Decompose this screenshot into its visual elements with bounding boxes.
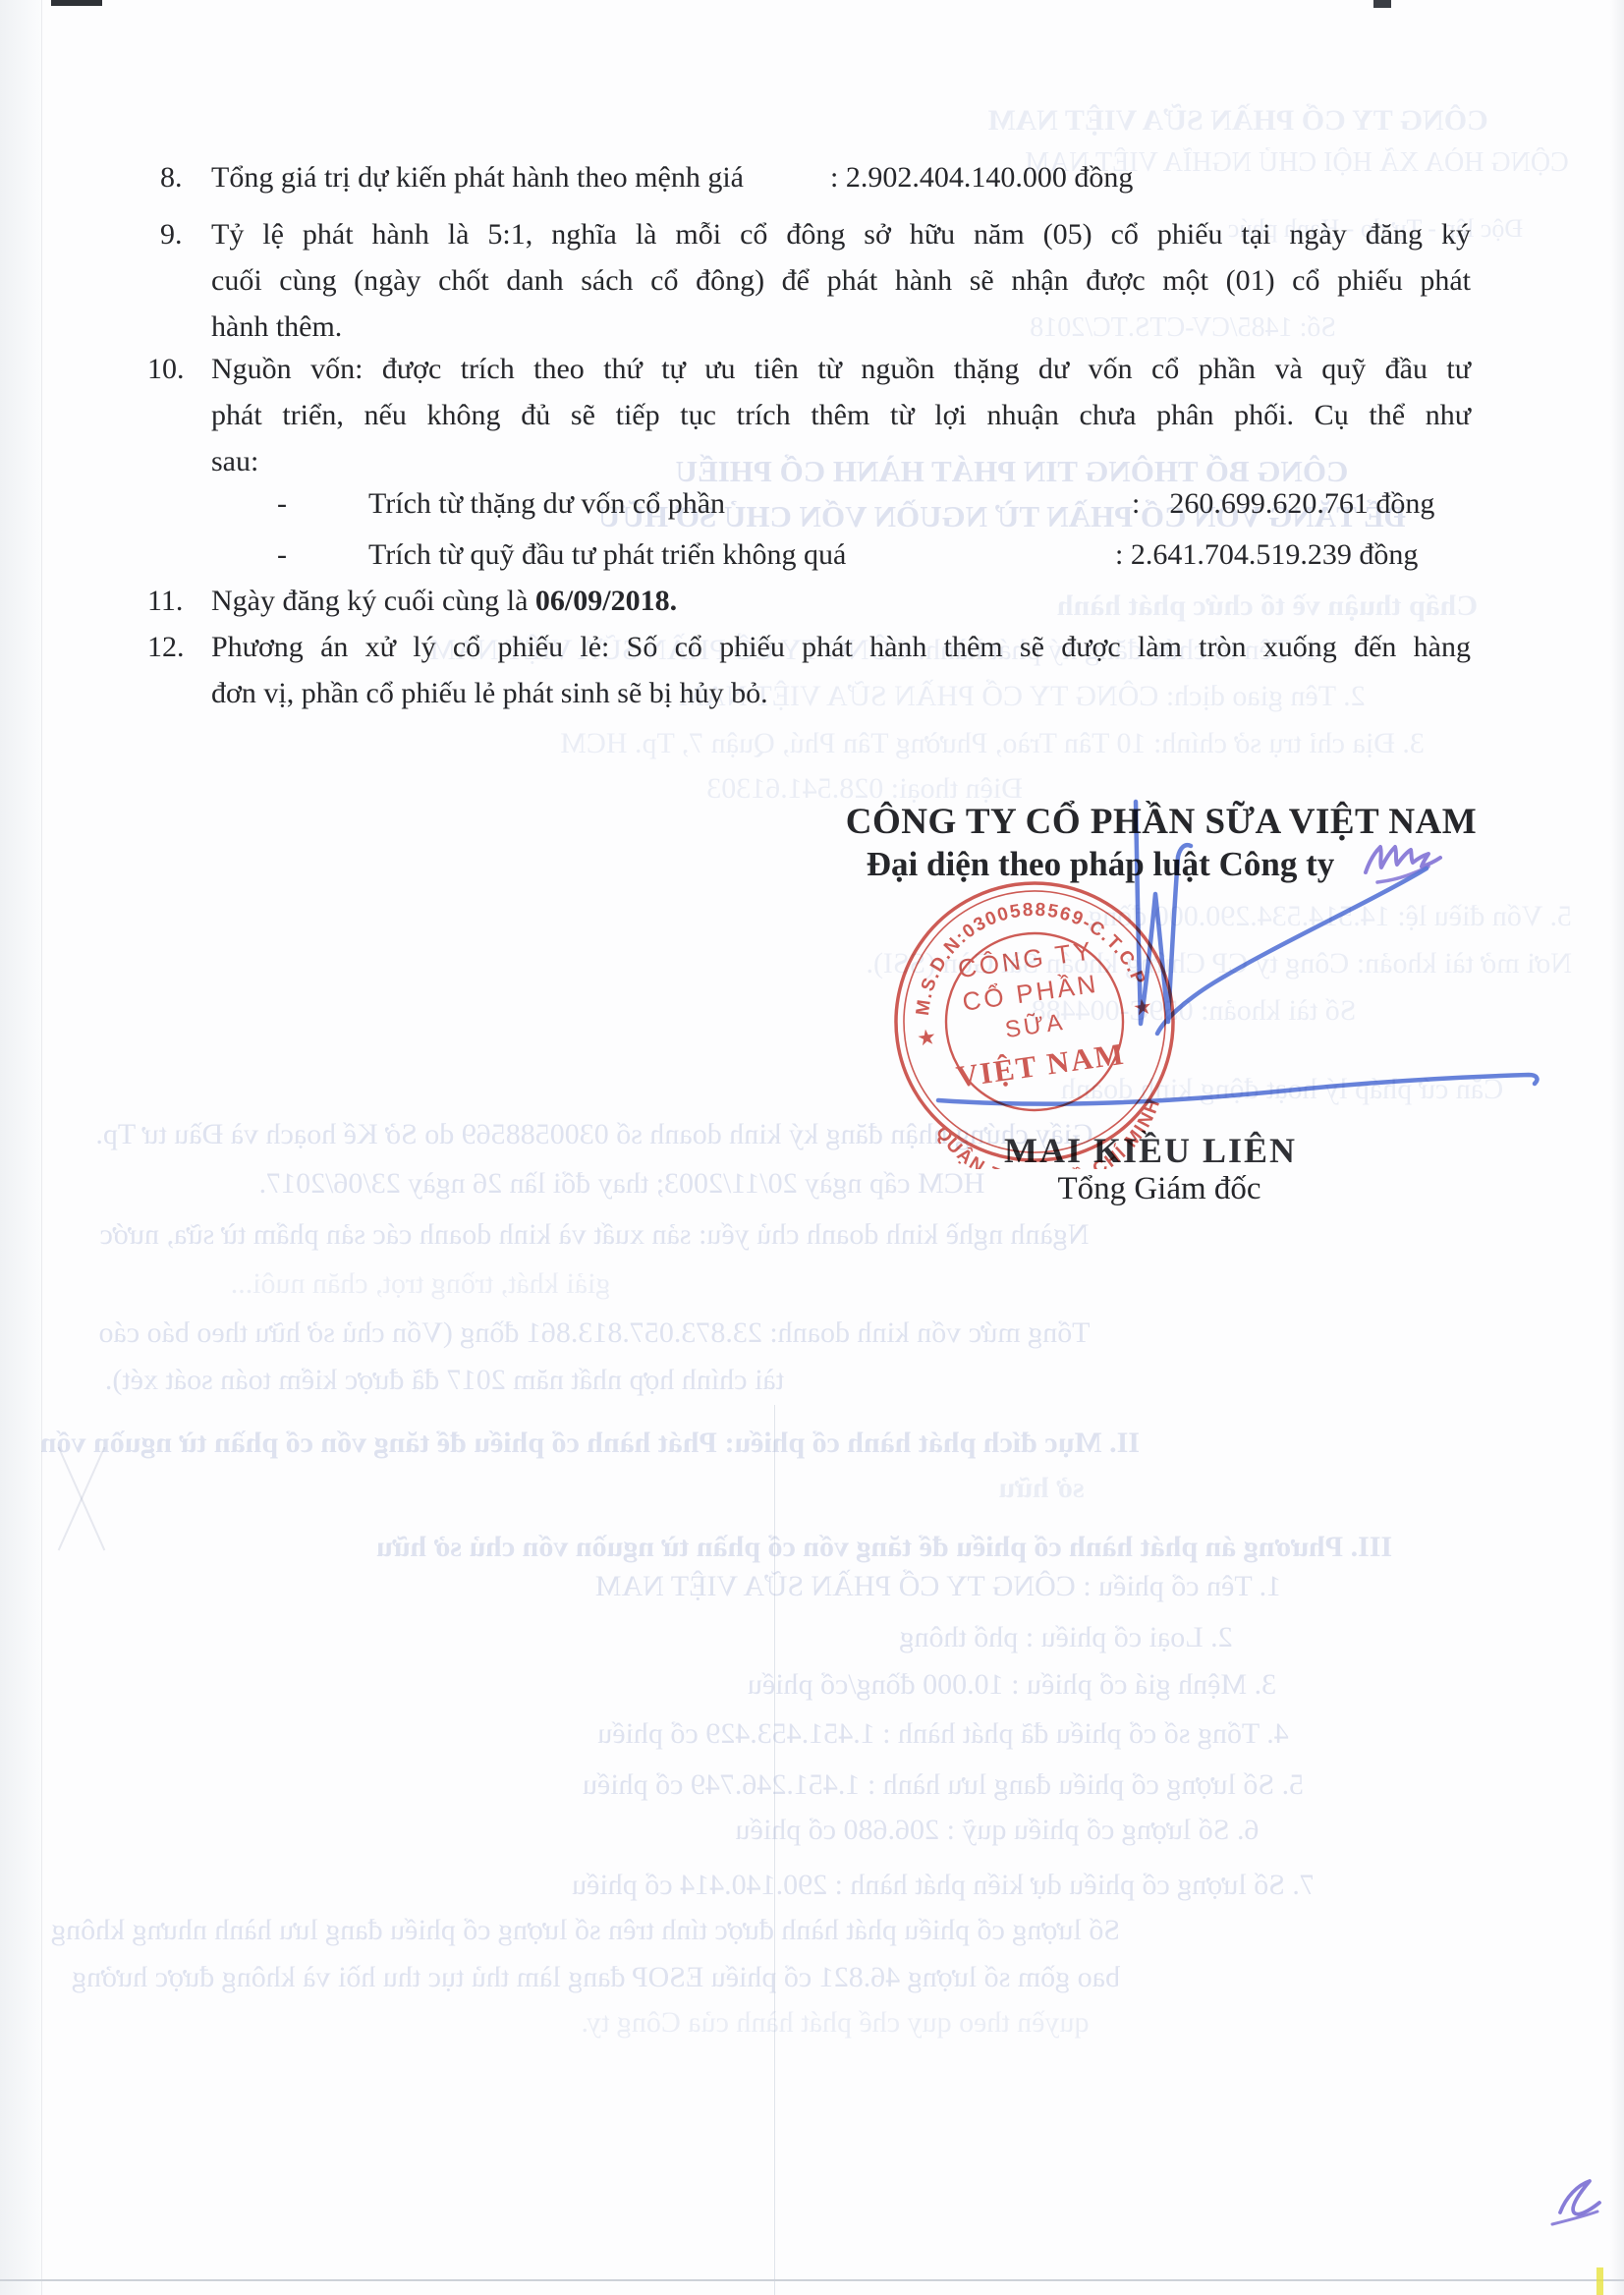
list-item-12: 12. Phương án xử lý cổ phiếu lẻ: Số cổ p… <box>147 624 1471 716</box>
item-10-line-3: sau: <box>211 438 1471 484</box>
sub-item-2-label: Trích từ quỹ đầu tư phát triển không quá <box>368 532 1115 578</box>
bleedthrough-line: Tổng mức vốn kinh doanh: 23.873.057.813.… <box>88 1316 1100 1351</box>
sub-item-2-value: : 2.641.704.519.239 đồng <box>1115 532 1418 578</box>
scan-artifact-yellow-tick <box>1596 2267 1603 2295</box>
item-number: 8. <box>147 154 211 200</box>
item-number: 10. <box>147 346 211 392</box>
scan-artifact-bottom-line <box>0 2279 1624 2281</box>
scan-artifact-top-mark <box>1373 0 1391 8</box>
sub-item-1: - Trích từ thặng dư vốn cổ phần : 260.69… <box>277 480 1535 527</box>
bleedthrough-line: 5. Số lượng cổ phiếu đang lưu hành : 1.4… <box>442 1768 1444 1803</box>
seal-center-line-3: SỮA <box>1003 1008 1067 1043</box>
bleedthrough-line: CÔNG TY CỔ PHẦN SỮA VIỆT NAM <box>904 104 1572 139</box>
scan-artifact-top-left-mark <box>51 0 102 6</box>
initials-squiggle <box>1560 2181 1599 2214</box>
signature-main-curve <box>1157 868 1427 1034</box>
item-9-line-2: cuối cùng (ngày chốt danh sách cổ đông) … <box>211 257 1471 304</box>
list-item-11: 11. Ngày đăng ký cuối cùng là 06/09/2018… <box>147 578 1471 624</box>
dash-bullet: - <box>277 480 368 527</box>
bleedthrough-line: quyền theo quy chế phát hành của Công ty… <box>550 2006 1120 2041</box>
scan-artifact-fold-line <box>774 1405 775 2295</box>
scan-artifact-left-edge <box>0 0 41 2295</box>
scanned-document-page: CÔNG TY CỔ PHẦN SỮA VIỆT NAMCỘNG HÒA XÃ … <box>0 0 1624 2295</box>
bleedthrough-line: Ngành nghề kinh doanh chủ yếu: sản xuất … <box>88 1218 1100 1253</box>
item-10-line-2: phát triển, nếu không đủ sẽ tiếp tục trí… <box>211 392 1471 438</box>
item-8-label: Tổng giá trị dự kiến phát hành theo mệnh… <box>211 154 830 200</box>
bleedthrough-line: II. Mục đích phát hành cổ phiếu: Phát hà… <box>59 1427 1140 1461</box>
bleedthrough-line: tài chính hợp nhất năm 2017 đã được kiểm… <box>145 1364 784 1398</box>
scan-artifact-left-edge-line <box>41 0 42 2295</box>
bleedthrough-line: 3. Địa chỉ trụ sở chính: 10 Tân Trào, Ph… <box>540 727 1444 761</box>
company-seal-stamp: M.S.D.N:0300588569-C.T.C.P QUẬN 7 - T.P … <box>887 874 1182 1169</box>
item-number: 12. <box>147 624 211 670</box>
bleedthrough-line: giải khát, trồng trọt, chăn nuôi... <box>145 1267 696 1302</box>
bleedthrough-line: 2. Loại cổ phiếu : phổ thông <box>688 1621 1444 1655</box>
scan-artifact-right-edge <box>1610 0 1624 2295</box>
bleedthrough-line: 4. Tổng số cổ phiếu đã phát hành : 1.451… <box>442 1717 1444 1752</box>
bleedthrough-line: III. Phương án phát hành cổ phiếu để tăn… <box>324 1531 1444 1565</box>
bleedthrough-line: bao gồm số lượng 46.821 cổ phiếu ESOP đa… <box>79 1961 1120 1995</box>
bleedthrough-line: Số lượng cổ phiếu phát hành được tính tr… <box>79 1914 1120 1948</box>
item-12-line-2: đơn vị, phần cổ phiếu lẻ phát sinh sẽ bị… <box>211 670 1471 716</box>
dash-bullet: - <box>277 532 368 578</box>
bleedthrough-line: 1. Tên cổ phiếu : CÔNG TY CỔ PHẦN SỮA VI… <box>432 1570 1444 1604</box>
initials-underline <box>1552 2211 1597 2224</box>
sub-item-1-label: Trích từ thặng dư vốn cổ phần <box>368 480 1132 527</box>
bleedthrough-line: sở hữu <box>973 1472 1110 1506</box>
sub-item-1-value: : 260.699.620.761 đồng <box>1132 480 1434 527</box>
bleedthrough-line: 6. Số lượng cổ phiếu quỹ : 206.680 cổ ph… <box>550 1814 1444 1848</box>
list-item-9: 9. Tỷ lệ phát hành là 5:1, nghĩa là mỗi … <box>147 211 1471 350</box>
item-9-line-1: Tỷ lệ phát hành là 5:1, nghĩa là mỗi cổ … <box>211 211 1471 257</box>
list-item-8: 8. Tổng giá trị dự kiến phát hành theo m… <box>147 154 1471 200</box>
seal-star-left-icon: ★ <box>916 1024 938 1051</box>
bleedthrough-line: 3. Mệnh giá cổ phiếu : 10.000 đồng/cổ ph… <box>580 1668 1444 1703</box>
item-number: 9. <box>147 211 211 257</box>
list-item-10: 10. Nguồn vốn: được trích theo thứ tự ưu… <box>147 346 1471 484</box>
item-10-line-1: Nguồn vốn: được trích theo thứ tự ưu tiê… <box>211 346 1471 392</box>
item-12-line-1: Phương án xử lý cổ phiếu lẻ: Số cổ phiếu… <box>211 624 1471 670</box>
signer-title: Tổng Giám đốc <box>865 1171 1454 1207</box>
seal-star-right-icon: ★ <box>1131 993 1153 1021</box>
record-date: 06/09/2018. <box>535 585 677 617</box>
item-8-value: : 2.902.404.140.000 đồng <box>830 154 1133 200</box>
item-11-text: Ngày đăng ký cuối cùng là <box>211 585 535 617</box>
sub-item-2: - Trích từ quỹ đầu tư phát triển không q… <box>277 532 1535 578</box>
item-number: 11. <box>147 578 211 624</box>
seal-center-line-4: VIỆT NAM <box>954 1036 1127 1094</box>
bleedthrough-line: 7. Số lượng cổ phiếu dự kiến phát hành :… <box>442 1869 1444 1903</box>
signoff-company-name: CÔNG TY CỔ PHẦN SỮA VIỆT NAM <box>815 801 1507 843</box>
item-9-line-3: hành thêm. <box>211 304 1471 350</box>
